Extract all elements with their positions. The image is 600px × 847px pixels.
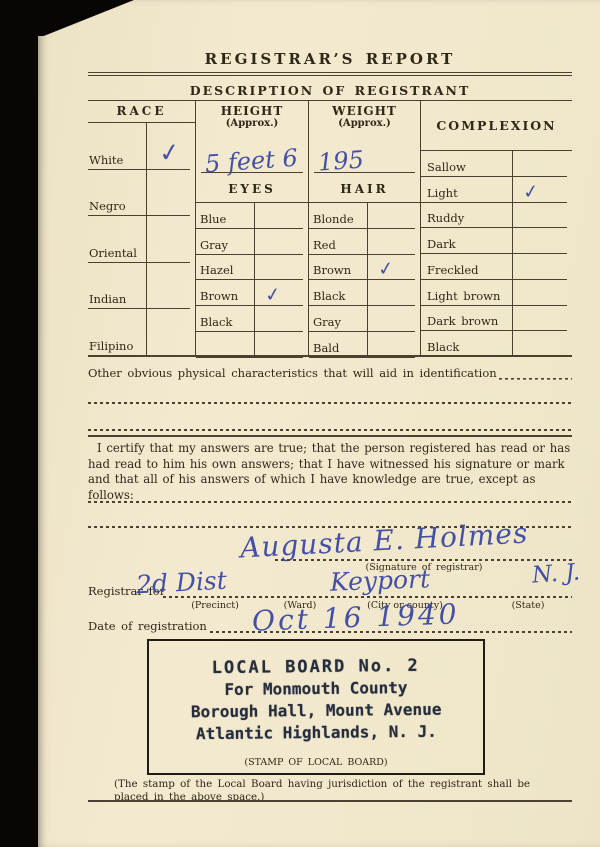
- handwritten-checkmark: ✓: [264, 283, 283, 307]
- blank-dashed-line: [88, 402, 572, 404]
- complexion-row: Dark brown: [421, 306, 572, 332]
- eye-color-check-cell: ✓: [254, 280, 303, 306]
- hair-color-label: Bald: [309, 332, 367, 358]
- complexion-row: Light ✓: [421, 177, 572, 203]
- section-title: DESCRIPTION OF REGISTRANT: [88, 83, 572, 98]
- hair-subheader: HAIR: [309, 173, 420, 203]
- eye-color-row: Hazel: [196, 255, 308, 281]
- weight-header-label: WEIGHT: [309, 105, 420, 118]
- height-eyes-column: HEIGHT (Approx.) 5 feet 6 EYES Blue Gray…: [195, 101, 308, 355]
- hair-color-row: Black: [309, 280, 420, 306]
- hair-color-row: Brown ✓: [309, 255, 420, 281]
- other-characteristics-label: Other obvious physical characteristics t…: [88, 366, 497, 380]
- hair-color-check-cell: ✓: [367, 255, 415, 281]
- race-option-label: Oriental: [88, 216, 146, 263]
- weight-handwritten-value: 195: [317, 145, 365, 176]
- eye-color-check-cell: [254, 255, 303, 281]
- hair-color-row: Red: [309, 229, 420, 255]
- precinct-caption: (Precinct): [175, 600, 255, 611]
- complexion-row: Light brown: [421, 280, 572, 306]
- race-check-cell: [146, 170, 190, 217]
- registrar-line: [163, 596, 572, 598]
- complexion-check-cell: [512, 203, 567, 229]
- complexion-label: Sallow: [421, 151, 512, 177]
- race-column: RACE White ✓ Negro Oriental Indian Filip…: [88, 101, 195, 355]
- section-divider-rule: [88, 435, 572, 437]
- complexion-row: Black: [421, 331, 572, 357]
- complexion-label: Light: [421, 177, 512, 203]
- complexion-column: COMPLEXION Sallow Light ✓ Ruddy Dark Fre…: [420, 101, 572, 355]
- race-check-cell: [146, 216, 190, 263]
- complexion-row: Dark: [421, 228, 572, 254]
- blank-dashed-line: [88, 501, 572, 503]
- race-row: Indian: [88, 263, 195, 310]
- eye-color-label: [196, 332, 254, 358]
- hair-color-check-cell: [367, 306, 415, 332]
- hair-color-row: Blonde: [309, 203, 420, 229]
- state-handwritten-value: N. J.: [531, 559, 581, 588]
- hair-color-label: Black: [309, 280, 367, 306]
- race-column-header: RACE: [88, 101, 195, 123]
- complexion-check-cell: [512, 331, 567, 357]
- complexion-check-cell: [512, 280, 567, 306]
- local-board-stamp-box: LOCAL BOARD No. 2 For Monmouth County Bo…: [147, 639, 485, 775]
- race-option-label: Negro: [88, 170, 146, 217]
- scanned-registration-card: { "colors":{ "paper":"#f1e8cc", "ink":"#…: [0, 0, 600, 847]
- stamp-line: Atlantic Highlands, N. J.: [149, 720, 483, 745]
- paper-sheet: REGISTRAR’S REPORT DESCRIPTION OF REGIST…: [38, 0, 600, 847]
- hair-color-label: Blonde: [309, 203, 367, 229]
- eye-color-row: [196, 332, 308, 358]
- hair-color-check-cell: [367, 280, 415, 306]
- eye-color-label: Black: [196, 306, 254, 332]
- weight-value-line: 195: [314, 137, 415, 173]
- weight-approx-label: (Approx.): [309, 118, 420, 130]
- title-double-rule: [88, 72, 572, 76]
- weight-column-header: WEIGHT (Approx.): [309, 101, 420, 137]
- complexion-label: Black: [421, 331, 512, 357]
- complexion-check-cell: [512, 228, 567, 254]
- complexion-row: Sallow: [421, 151, 572, 177]
- hair-color-row: Gray: [309, 306, 420, 332]
- certification-text: I certify that my answers are true; that…: [88, 441, 574, 503]
- eye-color-row: Blue: [196, 203, 308, 229]
- date-of-registration-label: Date of registration: [88, 619, 207, 633]
- complexion-column-header: COMPLEXION: [421, 101, 572, 151]
- stamp-caption: (STAMP OF LOCAL BOARD): [149, 757, 483, 768]
- race-check-cell: ✓: [146, 123, 190, 170]
- complexion-label: Dark brown: [421, 306, 512, 332]
- eye-color-check-cell: [254, 203, 303, 229]
- race-option-label: Filipino: [88, 309, 146, 356]
- height-approx-label: (Approx.): [196, 118, 308, 130]
- complexion-check-cell: [512, 254, 567, 280]
- eye-color-label: Hazel: [196, 255, 254, 281]
- weight-hair-column: WEIGHT (Approx.) 195 HAIR Blonde Red Bro…: [308, 101, 420, 355]
- eye-color-label: Blue: [196, 203, 254, 229]
- complexion-check-cell: [512, 151, 567, 177]
- complexion-check-cell: ✓: [512, 177, 567, 203]
- blank-dashed-fill: [499, 366, 572, 380]
- complexion-row: Ruddy: [421, 203, 572, 229]
- local-board-stamp: LOCAL BOARD No. 2 For Monmouth County Bo…: [148, 639, 483, 745]
- hair-color-row: Bald: [309, 332, 420, 358]
- handwritten-checkmark: ✓: [377, 257, 396, 281]
- race-check-cell: [146, 309, 190, 356]
- eye-color-row: Gray: [196, 229, 308, 255]
- state-caption: (State): [488, 600, 568, 611]
- race-row: Filipino: [88, 309, 195, 356]
- race-check-cell: [146, 263, 190, 310]
- precinct-handwritten-value: 2d Dist: [135, 566, 227, 600]
- eye-color-row: Brown ✓: [196, 280, 308, 306]
- hair-color-check-cell: [367, 332, 415, 358]
- race-option-label: Indian: [88, 263, 146, 310]
- registrar-signature: Augusta E. Holmes: [239, 516, 529, 564]
- complexion-row: Freckled: [421, 254, 572, 280]
- eye-color-label: Brown: [196, 280, 254, 306]
- scan-corner-shadow: [38, 0, 134, 36]
- bottom-rule: [88, 800, 572, 802]
- hair-color-label: Gray: [309, 306, 367, 332]
- hair-color-check-cell: [367, 203, 415, 229]
- description-table: RACE White ✓ Negro Oriental Indian Filip…: [88, 100, 572, 357]
- complexion-label: Ruddy: [421, 203, 512, 229]
- race-row: Oriental: [88, 216, 195, 263]
- height-header-label: HEIGHT: [196, 105, 308, 118]
- eye-color-check-cell: [254, 332, 303, 358]
- race-row: Negro: [88, 170, 195, 217]
- signature-line: [275, 559, 573, 561]
- hair-color-label: Red: [309, 229, 367, 255]
- page-title: REGISTRAR’S REPORT: [88, 50, 572, 68]
- eye-color-label: Gray: [196, 229, 254, 255]
- eye-color-check-cell: [254, 306, 303, 332]
- complexion-label: Light brown: [421, 280, 512, 306]
- height-value-line: 5 feet 6: [201, 137, 303, 173]
- handwritten-checkmark: ✓: [522, 179, 541, 203]
- hair-color-label: Brown: [309, 255, 367, 281]
- height-column-header: HEIGHT (Approx.): [196, 101, 308, 137]
- race-option-label: White: [88, 123, 146, 170]
- complexion-label: Dark: [421, 228, 512, 254]
- complexion-label: Freckled: [421, 254, 512, 280]
- city-handwritten-value: Keyport: [330, 564, 431, 596]
- race-row: White ✓: [88, 123, 195, 170]
- eye-color-check-cell: [254, 229, 303, 255]
- eye-color-row: Black: [196, 306, 308, 332]
- handwritten-checkmark: ✓: [157, 136, 182, 168]
- hair-color-check-cell: [367, 229, 415, 255]
- other-characteristics-line: Other obvious physical characteristics t…: [88, 366, 572, 380]
- complexion-check-cell: [512, 306, 567, 332]
- blank-dashed-line: [88, 429, 572, 431]
